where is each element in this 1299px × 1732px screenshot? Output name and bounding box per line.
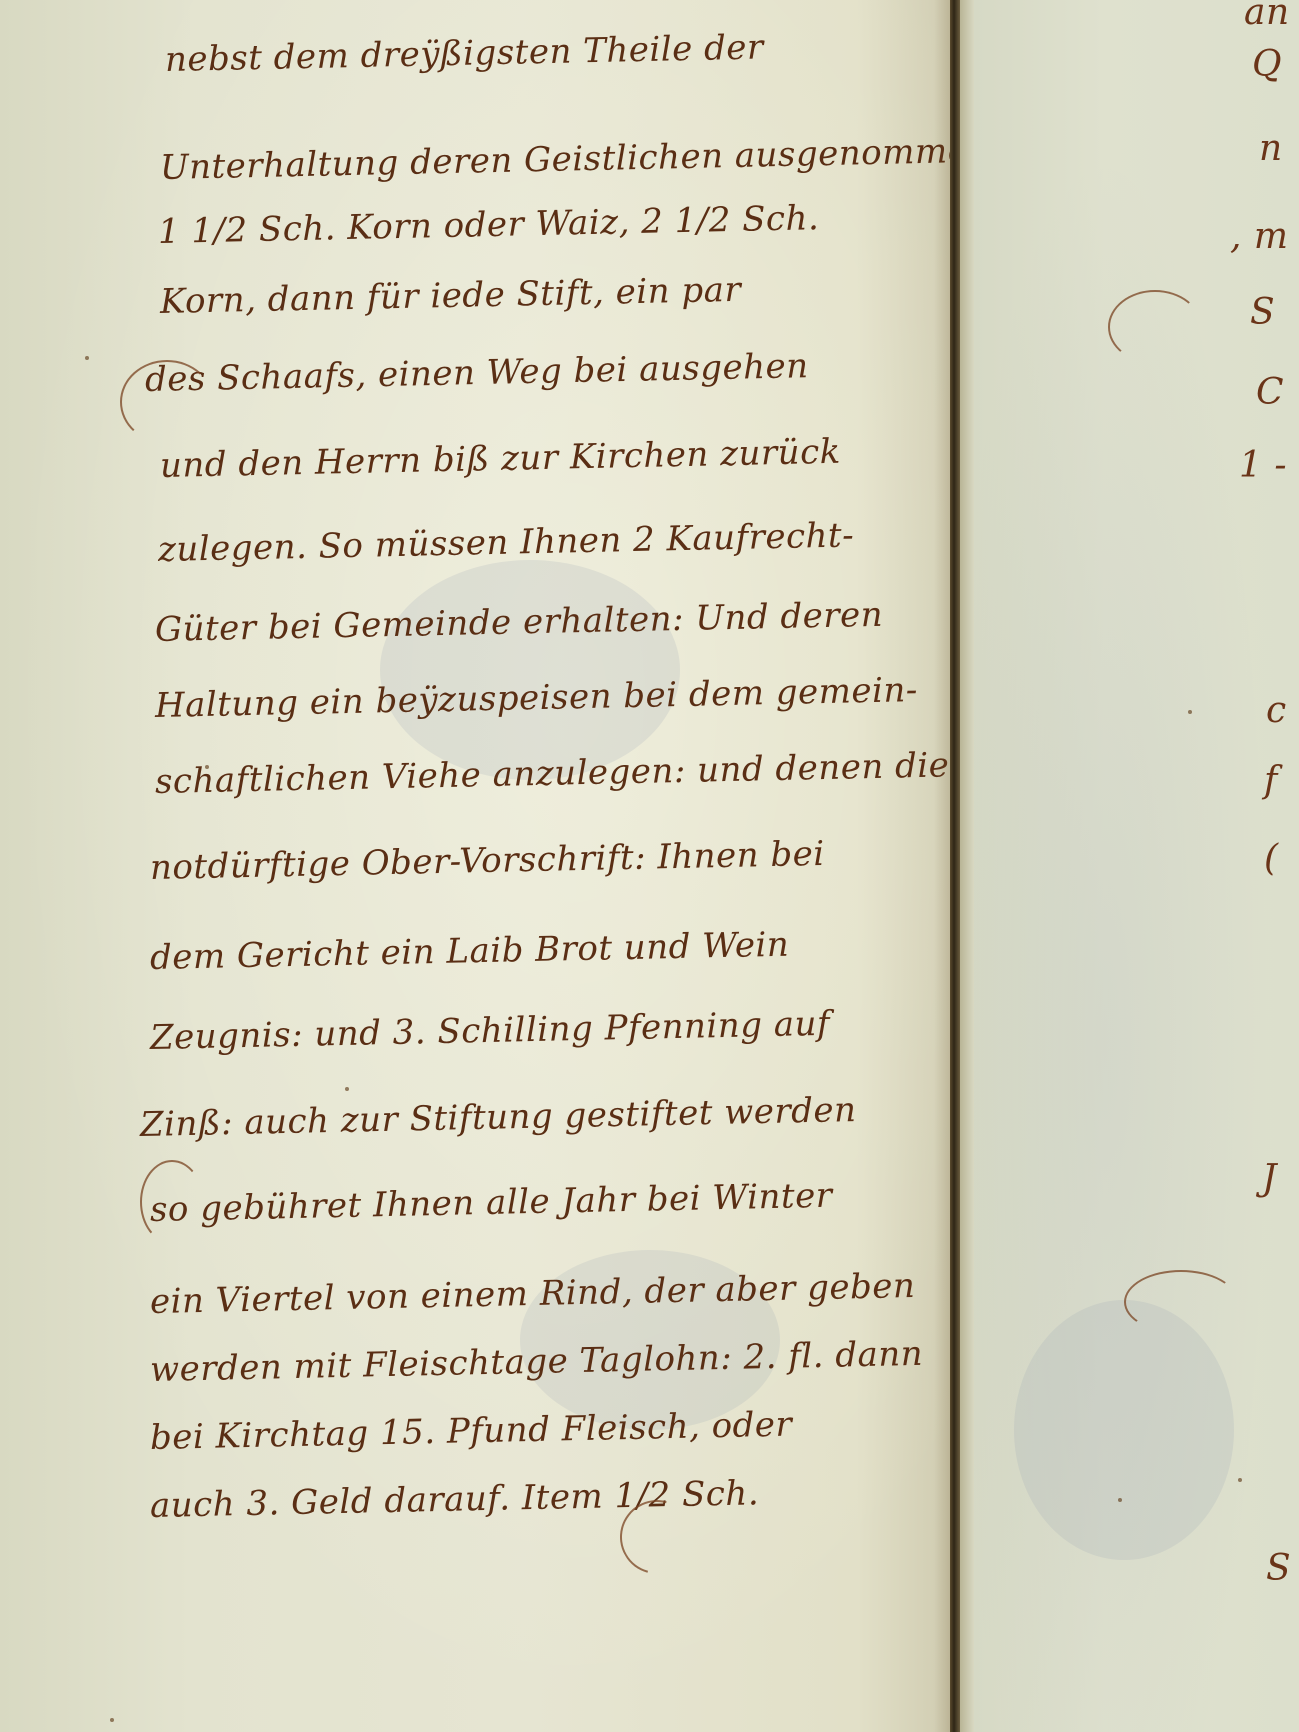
book-gutter xyxy=(950,0,960,1732)
right-page-fragment: an xyxy=(1244,0,1290,33)
ink-speck xyxy=(1188,710,1192,714)
right-page-fragment: J xyxy=(1262,1158,1277,1199)
manuscript-line-8: Güter bei Gemeinde erhalten: Und deren xyxy=(155,595,884,650)
right-page-fragment: ( xyxy=(1264,838,1279,879)
manuscript-line-1: nebst dem dreÿßigsten Theile der xyxy=(165,27,764,80)
right-page-fragment: n xyxy=(1259,128,1283,169)
book-spread: nebst dem dreÿßigsten Theile der Unterha… xyxy=(0,0,1299,1732)
ink-speck xyxy=(85,356,89,360)
manuscript-line-4: Korn, dann für iede Stift, ein par xyxy=(160,270,742,322)
manuscript-line-6: und den Herrn biß zur Kirchen zurück xyxy=(160,432,842,486)
paper-stain xyxy=(1014,1300,1234,1560)
right-page: an Q n , m S C 1 - c f ( J S xyxy=(974,0,1299,1732)
ink-flourish xyxy=(120,360,214,444)
right-page-fragment: S xyxy=(1266,1548,1291,1589)
manuscript-line-7: zulegen. So müssen Ihnen 2 Kaufrecht- xyxy=(158,515,855,570)
ink-speck xyxy=(1118,1498,1122,1502)
ink-speck xyxy=(345,1087,349,1091)
left-page: nebst dem dreÿßigsten Theile der Unterha… xyxy=(0,0,952,1732)
right-page-fragment: S xyxy=(1250,292,1275,333)
paper-stain xyxy=(380,560,680,780)
right-page-fragment: 1 - xyxy=(1239,445,1287,486)
manuscript-line-2: Unterhaltung deren Geistlichen ausgenomm… xyxy=(160,131,991,188)
manuscript-line-15: so gebühret Ihnen alle Jahr bei Winter xyxy=(150,1176,833,1230)
manuscript-line-5: des Schaafs, einen Weg bei ausgehen xyxy=(145,346,809,400)
right-page-fragment: C xyxy=(1256,372,1284,413)
ink-speck xyxy=(110,1718,114,1722)
manuscript-line-14: Zinß: auch zur Stiftung gestiftet werden xyxy=(140,1090,857,1145)
manuscript-line-16: ein Viertel von einem Rind, der aber geb… xyxy=(150,1266,916,1322)
ink-flourish xyxy=(140,1160,204,1244)
page-edge xyxy=(960,0,974,1732)
manuscript-line-17: werden mit Fleischtage Taglohn: 2. fl. d… xyxy=(150,1334,924,1390)
manuscript-line-11: notdürftige Ober-Vorschrift: Ihnen bei xyxy=(150,834,825,888)
right-page-fragment: f xyxy=(1264,760,1278,801)
manuscript-line-9: Haltung ein beÿzuspeisen bei dem gemein- xyxy=(155,670,919,726)
manuscript-line-12: dem Gericht ein Laib Brot und Wein xyxy=(150,925,790,978)
ink-speck xyxy=(1238,1478,1242,1482)
ink-speck xyxy=(205,765,209,769)
right-page-fragment: Q xyxy=(1252,44,1282,85)
right-page-fragment: c xyxy=(1266,690,1287,731)
manuscript-line-18: bei Kirchtag 15. Pfund Fleisch, oder xyxy=(150,1405,793,1458)
ink-flourish xyxy=(1124,1270,1238,1334)
ink-flourish xyxy=(1108,290,1202,364)
right-page-fragment: , m xyxy=(1230,216,1289,257)
manuscript-line-3: 1 1/2 Sch. Korn oder Waiz, 2 1/2 Sch. xyxy=(158,198,820,252)
manuscript-line-13: Zeugnis: und 3. Schilling Pfenning auf xyxy=(150,1004,831,1058)
manuscript-line-10: schaftlichen Viehe anzulegen: und denen … xyxy=(155,745,950,802)
